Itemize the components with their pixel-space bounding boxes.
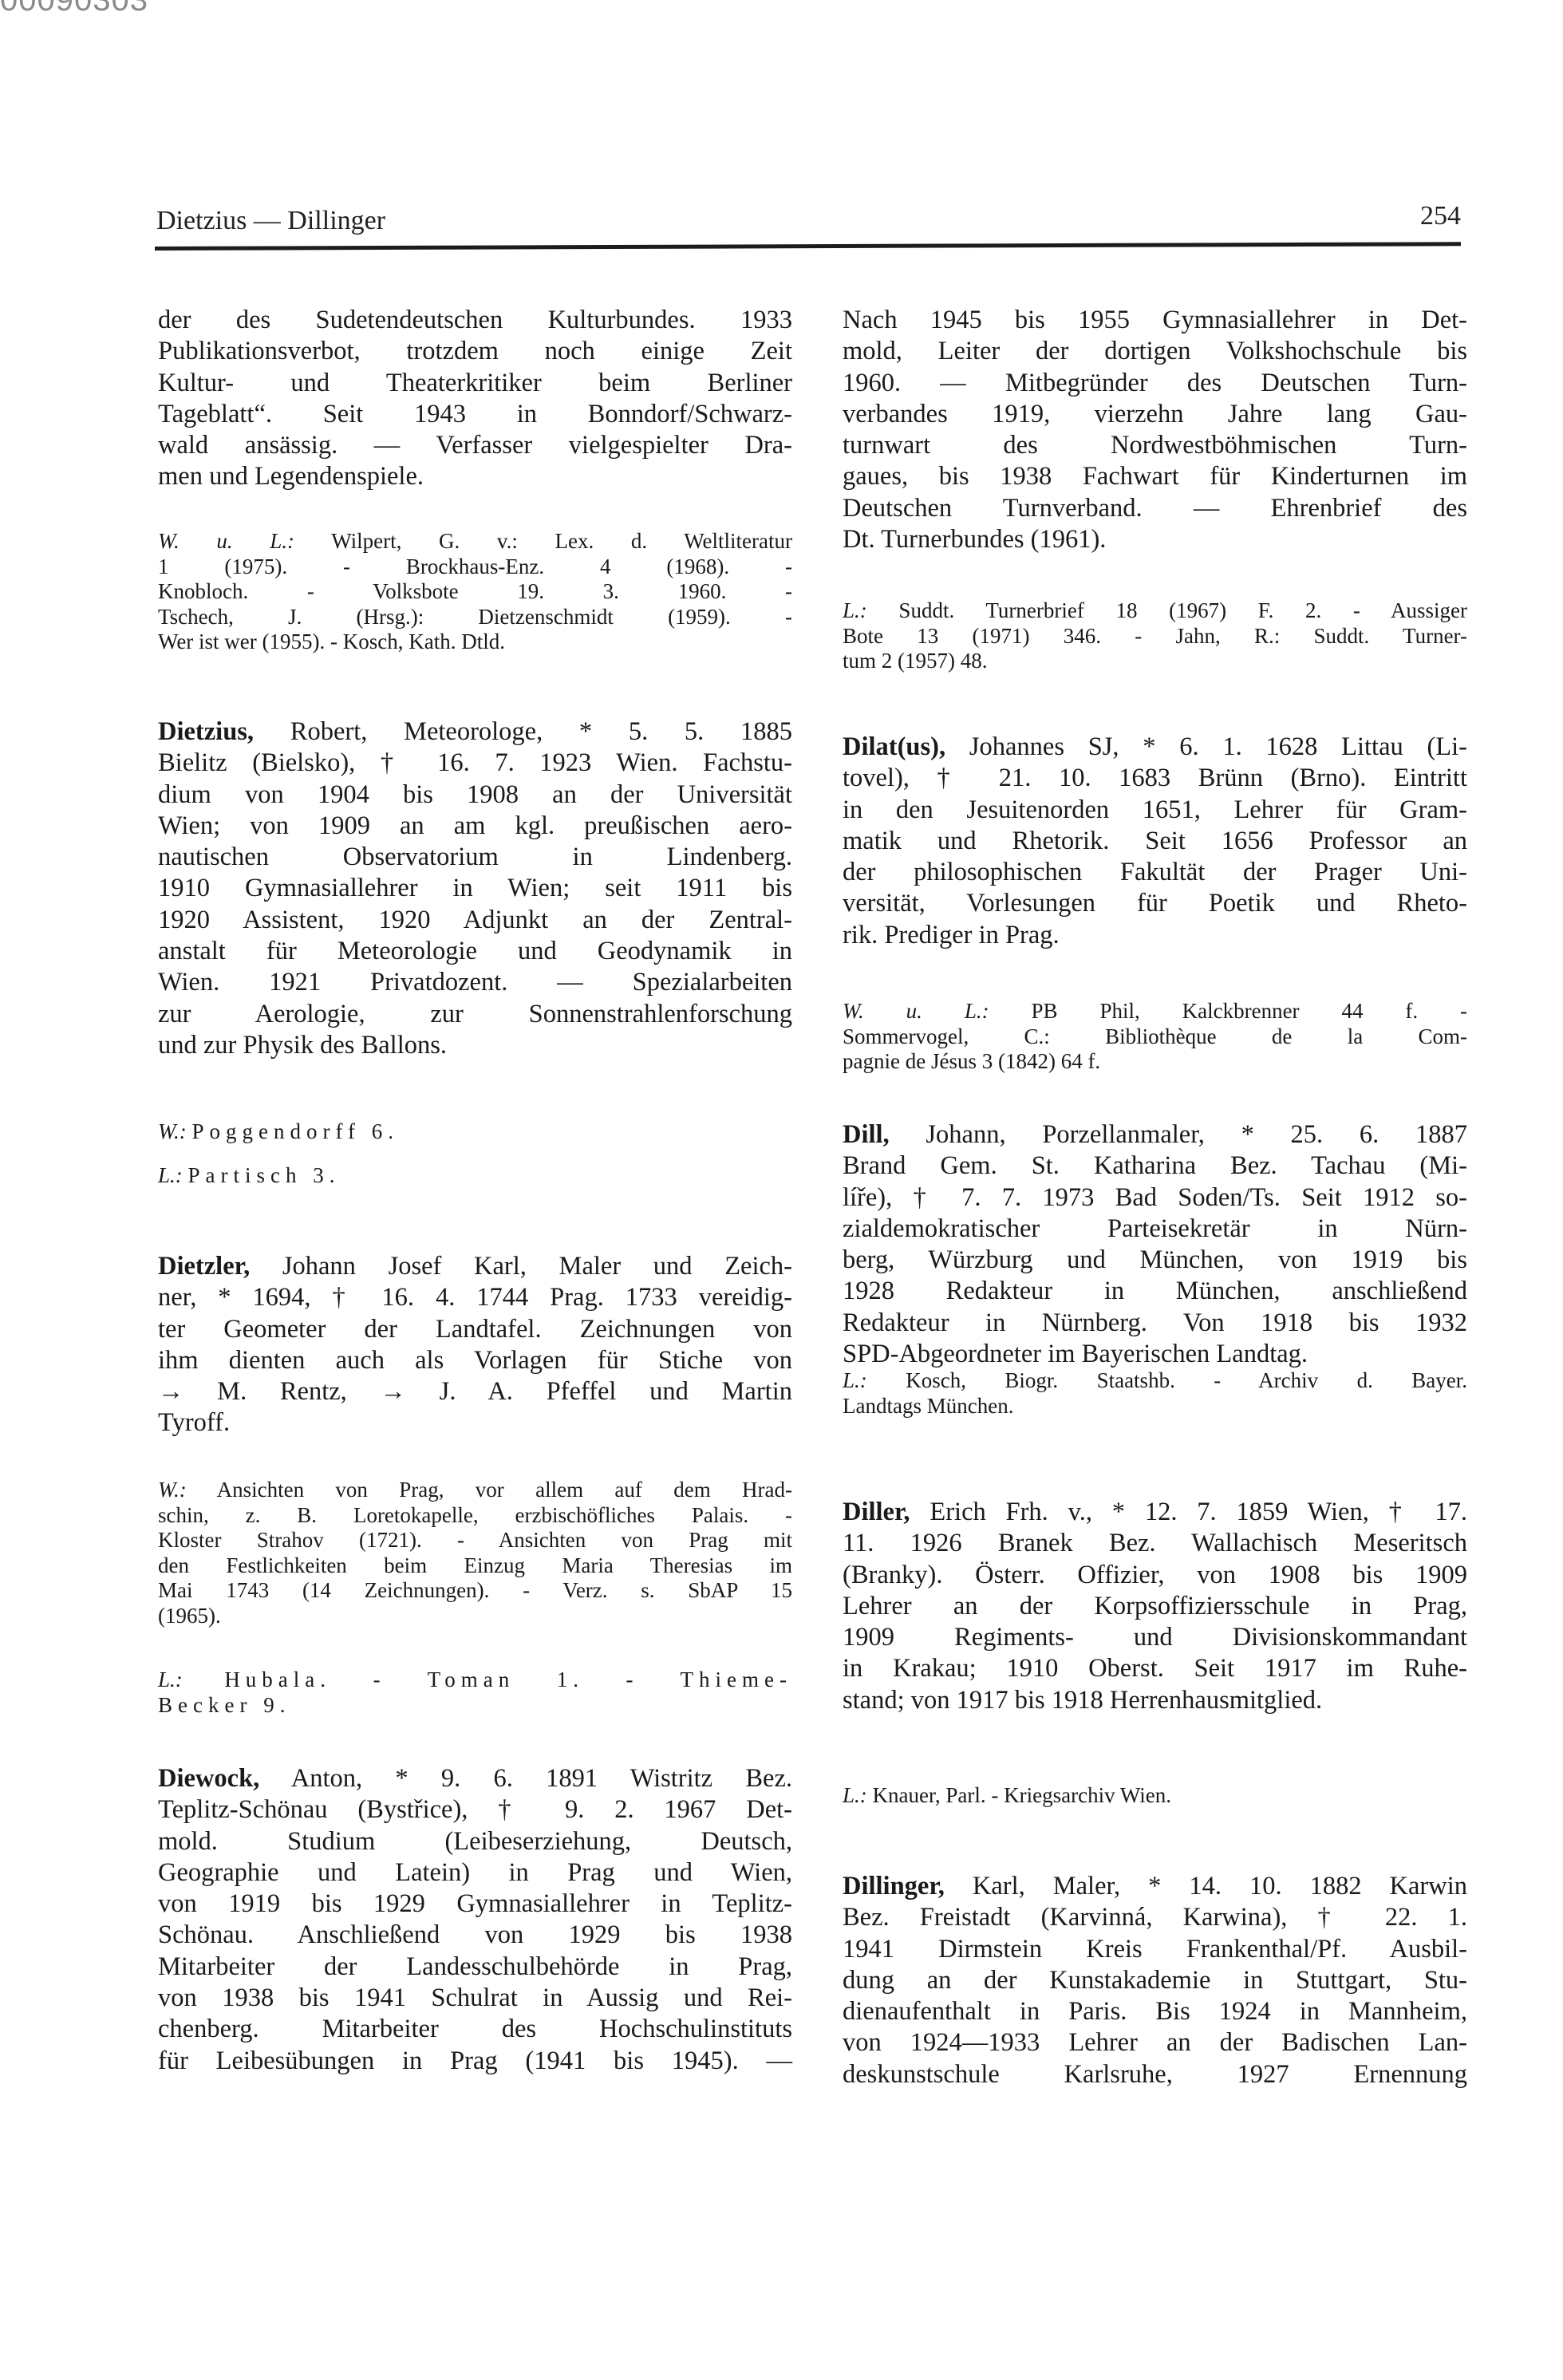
text-line: 1910 Gymnasiallehrer in Wien; seit 1911 … (158, 873, 792, 904)
entry-first-line: Diewock, Anton, * 9. 6. 1891 Wistritz Be… (158, 1763, 792, 1794)
text-line: dium von 1904 bis 1908 an der Universitä… (158, 780, 792, 811)
text-line: rik. Prediger in Prag. (843, 920, 1467, 951)
entry-first-line: Dietzius, Robert, Meteorologe, * 5. 5. 1… (158, 716, 792, 748)
text-line: ner, * 1694, † 16. 4. 1744 Prag. 1733 ve… (158, 1282, 792, 1313)
entry-dilatus-references: W. u. L.: PB Phil, Kalckbrenner 44 f. - … (843, 999, 1467, 1075)
reference-line: Knobloch. - Volksbote 19. 3. 1960. - (158, 579, 792, 605)
entry-dietzius: Dietzius, Robert, Meteorologe, * 5. 5. 1… (158, 716, 792, 1061)
text-line: 1960. — Mitbegründer des Deutschen Turn- (843, 368, 1467, 399)
text-line: wald ansässig. — Verfasser vielgespielte… (158, 430, 792, 461)
reference-line: Mai 1743 (14 Zeichnungen). - Verz. s. Sb… (158, 1578, 792, 1604)
text-line: deskunstschule Karlsruhe, 1927 Ernennung (843, 2059, 1467, 2090)
text-line: ter Geometer der Landtafel. Zeichnungen … (158, 1314, 792, 1345)
continued-entry-references: W. u. L.: Wilpert, G. v.: Lex. d. Weltli… (158, 529, 792, 655)
text-line: Deutschen Turnverband. — Ehrenbrief des (843, 493, 1467, 524)
entry-dillinger: Dillinger, Karl, Maler, * 14. 10. 1882 K… (843, 1871, 1467, 2090)
text-line: dienaufenthalt in Paris. Bis 1924 in Man… (843, 1996, 1467, 2027)
entry-lemma: Dietzius, (158, 717, 254, 746)
reference-label: L.: (158, 1163, 183, 1187)
text-line: 1920 Assistent, 1920 Adjunkt an der Zent… (158, 905, 792, 936)
reference-line: schin, z. B. Loretokapelle, erzbischöfli… (158, 1503, 792, 1529)
continued-entry-references: L.: Suddt. Turnerbrief 18 (1967) F. 2. -… (843, 598, 1467, 674)
reference-label: W.: (158, 1119, 187, 1143)
text-line: gaues, bis 1938 Fachwart für Kinderturne… (843, 461, 1467, 492)
text-line: matik und Rhetorik. Seit 1656 Professor … (843, 826, 1467, 857)
text-line: stand; von 1917 bis 1918 Herrenhausmitgl… (843, 1685, 1467, 1716)
entry-dietzler: Dietzler, Johann Josef Karl, Maler und Z… (158, 1251, 792, 1439)
text-line: Redakteur in Nürnberg. Von 1918 bis 1932 (843, 1308, 1467, 1339)
text-line: Bez. Freistadt (Karvinná, Karwina), † 22… (843, 1902, 1467, 1933)
reference-line: Bote 13 (1971) 346. - Jahn, R.: Suddt. T… (843, 624, 1467, 649)
text-line: von 1924—1933 Lehrer an der Badischen La… (843, 2027, 1467, 2058)
text-line: 1928 Redakteur in München, anschließend (843, 1276, 1467, 1307)
reference-line: W. u. L.: PB Phil, Kalckbrenner 44 f. - (843, 999, 1467, 1024)
reference-line: Wer ist wer (1955). - Kosch, Kath. Dtld. (158, 630, 792, 655)
text-line: Schönau. Anschließend von 1929 bis 1938 (158, 1920, 792, 1951)
text-line: mold. Studium (Leibeserziehung, Deutsch, (158, 1826, 792, 1857)
text-line: men und Legendenspiele. (158, 461, 792, 492)
text-line: Tageblatt“. Seit 1943 in Bonndorf/Schwar… (158, 399, 792, 430)
text-line: für Leibesübungen in Prag (1941 bis 1945… (158, 2046, 792, 2077)
text-line: der philosophischen Fakultät der Prager … (843, 857, 1467, 888)
reference-label: W.: (158, 1478, 187, 1502)
text-line: Nach 1945 bis 1955 Gymnasiallehrer in De… (843, 305, 1467, 336)
text-line: dung an der Kunstakademie in Stuttgart, … (843, 1965, 1467, 1996)
text-line: der des Sudetendeutschen Kulturbundes. 1… (158, 305, 792, 336)
text-line: berg, Würzburg und München, von 1919 bis (843, 1245, 1467, 1276)
text-line: Tyroff. (158, 1407, 792, 1439)
text-line: Bielitz (Bielsko), † 16. 7. 1923 Wien. F… (158, 748, 792, 779)
entry-dill: Dill, Johann, Porzellanmaler, * 25. 6. 1… (843, 1119, 1467, 1370)
text-line: verbandes 1919, vierzehn Jahre lang Gau- (843, 399, 1467, 430)
text-line: zur Aerologie, zur Sonnenstrahlenforschu… (158, 999, 792, 1030)
text-line: mold, Leiter der dortigen Volkshochschul… (843, 336, 1467, 367)
reference-line: W. u. L.: Wilpert, G. v.: Lex. d. Weltli… (158, 529, 792, 555)
entry-dill-references: L.: Kosch, Biogr. Staatshb. - Archiv d. … (843, 1368, 1467, 1419)
entry-first-line: Dietzler, Johann Josef Karl, Maler und Z… (158, 1251, 792, 1282)
reference-label: L.: (843, 598, 867, 622)
entry-first-line: Diller, Erich Frh. v., * 12. 7. 1859 Wie… (843, 1497, 1467, 1528)
reference-line: 1 (1975). - Brockhaus-Enz. 4 (1968). - (158, 555, 792, 580)
entry-first-line: Dilat(us), Johannes SJ, * 6. 1. 1628 Lit… (843, 732, 1467, 763)
entry-dietzius-references: W.: Poggendorff 6. (158, 1119, 792, 1145)
text-line: Lehrer an der Korpsoffiziersschule in Pr… (843, 1591, 1467, 1622)
entry-diewock: Diewock, Anton, * 9. 6. 1891 Wistritz Be… (158, 1763, 792, 2077)
text-line: Publikationsverbot, trotzdem noch einige… (158, 336, 792, 367)
text-line: und zur Physik des Ballons. (158, 1030, 792, 1061)
text-line: nautischen Observatorium in Lindenberg. (158, 842, 792, 873)
text-line: in den Jesuitenorden 1651, Lehrer für Gr… (843, 795, 1467, 826)
entry-dilatus: Dilat(us), Johannes SJ, * 6. 1. 1628 Lit… (843, 732, 1467, 951)
reference-line: Kloster Strahov (1721). - Ansichten von … (158, 1528, 792, 1553)
text-line: líře), † 7. 7. 1973 Bad Soden/Ts. Seit 1… (843, 1182, 1467, 1214)
entry-dietzler-works: W.: Ansichten von Prag, vor allem auf de… (158, 1478, 792, 1628)
reference-label: L.: (843, 1368, 867, 1392)
entry-diller: Diller, Erich Frh. v., * 12. 7. 1859 Wie… (843, 1497, 1467, 1716)
reference-line: L.: Knauer, Parl. - Kriegsarchiv Wien. (843, 1783, 1467, 1809)
reference-line: Tschech, J. (Hrsg.): Dietzenschmidt (195… (158, 605, 792, 630)
reference-line: Sommervogel, C.: Bibliothèque de la Com- (843, 1024, 1467, 1050)
text-line: Mitarbeiter der Landesschulbehörde in Pr… (158, 1952, 792, 1983)
text-line: versität, Vorlesungen für Poetik und Rhe… (843, 888, 1467, 919)
reference-line: W.: Ansichten von Prag, vor allem auf de… (158, 1478, 792, 1503)
scan-id: 00090303 (0, 0, 148, 18)
text-line: → M. Rentz, → J. A. Pfeffel und Martin (158, 1376, 792, 1407)
reference-line: Landtags München. (843, 1394, 1467, 1419)
text-line: Wien; von 1909 an am kgl. preußischen ae… (158, 811, 792, 842)
entry-lemma: Diewock, (158, 1764, 259, 1793)
entry-first-line: Dill, Johann, Porzellanmaler, * 25. 6. 1… (843, 1119, 1467, 1151)
text-line: 1941 Dirmstein Kreis Frankenthal/Pf. Aus… (843, 1934, 1467, 1965)
text-line: von 1938 bis 1941 Schulrat in Aussig und… (158, 1983, 792, 2014)
text-line: Wien. 1921 Privatdozent. — Spezialarbeit… (158, 967, 792, 998)
continued-entry-text: Nach 1945 bis 1955 Gymnasiallehrer in De… (843, 305, 1467, 555)
entry-first-line: Dillinger, Karl, Maler, * 14. 10. 1882 K… (843, 1871, 1467, 1902)
reference-line: den Festlichkeiten beim Einzug Maria The… (158, 1553, 792, 1579)
entry-lemma: Dillinger, (843, 1872, 945, 1900)
reference-label: W. u. L.: (843, 999, 989, 1023)
entry-dietzius-literature: L.: Partisch 3. (158, 1163, 792, 1189)
reference-line: Becker 9. (158, 1693, 792, 1719)
text-line: 11. 1926 Branek Bez. Wallachisch Meserit… (843, 1528, 1467, 1559)
text-line: 1909 Regiments- und Divisionskommandant (843, 1622, 1467, 1653)
reference-label: L.: (158, 1668, 183, 1691)
entry-lemma: Dill, (843, 1120, 890, 1149)
text-line: Geographie und Latein) in Prag und Wien, (158, 1857, 792, 1889)
reference-line: L.: Hubala. - Toman 1. - Thieme- (158, 1668, 792, 1693)
right-column: Nach 1945 bis 1955 Gymnasiallehrer in De… (843, 0, 1467, 2380)
text-line: SPD-Abgeordneter im Bayerischen Landtag. (843, 1339, 1467, 1370)
left-column: der des Sudetendeutschen Kulturbundes. 1… (158, 0, 792, 2380)
text-line: von 1919 bis 1929 Gymnasiallehrer in Tep… (158, 1889, 792, 1920)
continued-entry-text: der des Sudetendeutschen Kulturbundes. 1… (158, 305, 792, 493)
text-line: ihm dienten auch als Vorlagen für Stiche… (158, 1345, 792, 1376)
reference-line: (1965). (158, 1604, 792, 1629)
entry-lemma: Dilat(us), (843, 732, 945, 761)
entry-lemma: Dietzler, (158, 1252, 250, 1281)
reference-line: L.: Suddt. Turnerbrief 18 (1967) F. 2. -… (843, 598, 1467, 624)
text-line: Kultur- und Theaterkritiker beim Berline… (158, 368, 792, 399)
reference-line: pagnie de Jésus 3 (1842) 64 f. (843, 1049, 1467, 1075)
reference-line: tum 2 (1957) 48. (843, 649, 1467, 674)
entry-lemma: Diller, (843, 1498, 910, 1526)
text-line: Dt. Turnerbundes (1961). (843, 524, 1467, 555)
reference-line: W.: Poggendorff 6. (158, 1119, 792, 1145)
reference-label: W. u. L.: (158, 529, 294, 553)
text-line: tovel), † 21. 10. 1683 Brünn (Brno). Ein… (843, 763, 1467, 794)
text-line: (Branky). Österr. Offizier, von 1908 bis… (843, 1560, 1467, 1591)
text-line: anstalt für Meteorologie und Geodynamik … (158, 936, 792, 967)
text-line: Brand Gem. St. Katharina Bez. Tachau (Mi… (843, 1151, 1467, 1182)
entry-dietzler-literature: L.: Hubala. - Toman 1. - Thieme- Becker … (158, 1668, 792, 1718)
text-line: turnwart des Nordwestböhmischen Turn- (843, 430, 1467, 461)
text-line: Teplitz-Schönau (Bystřice), † 9. 2. 1967… (158, 1794, 792, 1825)
text-line: chenberg. Mitarbeiter des Hochschulinsti… (158, 2014, 792, 2045)
text-line: zialdemokratischer Parteisekretär in Nür… (843, 1214, 1467, 1245)
text-line: in Krakau; 1910 Oberst. Seit 1917 im Ruh… (843, 1653, 1467, 1684)
entry-diller-references: L.: Knauer, Parl. - Kriegsarchiv Wien. (843, 1783, 1467, 1809)
reference-label: L.: (843, 1783, 867, 1807)
reference-line: L.: Kosch, Biogr. Staatshb. - Archiv d. … (843, 1368, 1467, 1394)
reference-line: L.: Partisch 3. (158, 1163, 792, 1189)
